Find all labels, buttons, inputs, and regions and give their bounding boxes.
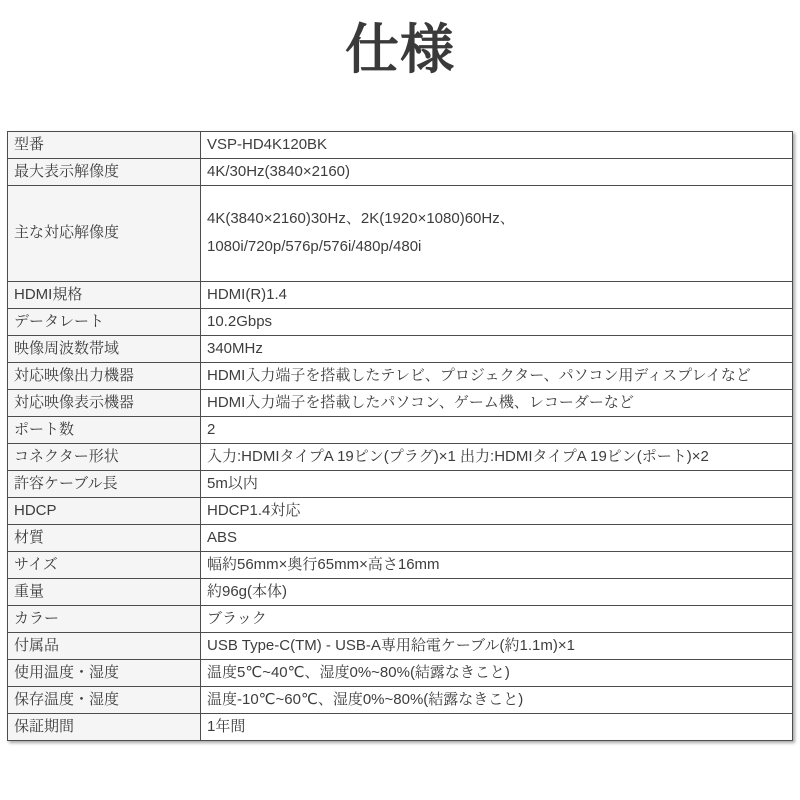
spec-label: 重量 bbox=[8, 578, 201, 605]
spec-row-output-devices: 対応映像出力機器 HDMI入力端子を搭載したテレビ、プロジェクター、パソコン用デ… bbox=[8, 362, 793, 389]
spec-row-data-rate: データレート 10.2Gbps bbox=[8, 308, 793, 335]
spec-row-hdmi-standard: HDMI規格 HDMI(R)1.4 bbox=[8, 281, 793, 308]
spec-label: サイズ bbox=[8, 551, 201, 578]
spec-row-connector-shape: コネクター形状 入力:HDMIタイプA 19ピン(プラグ)×1 出力:HDMIタ… bbox=[8, 443, 793, 470]
spec-row-port-count: ポート数 2 bbox=[8, 416, 793, 443]
spec-label: 型番 bbox=[8, 131, 201, 158]
spec-row-operating-temp-humidity: 使用温度・湿度 温度5℃~40℃、湿度0%~80%(結露なきこと) bbox=[8, 659, 793, 686]
spec-label: HDMI規格 bbox=[8, 281, 201, 308]
spec-label: 付属品 bbox=[8, 632, 201, 659]
spec-value: HDMI(R)1.4 bbox=[201, 281, 793, 308]
spec-label: 対応映像出力機器 bbox=[8, 362, 201, 389]
spec-value: HDCP1.4対応 bbox=[201, 497, 793, 524]
spec-label: カラー bbox=[8, 605, 201, 632]
spec-row-size: サイズ 幅約56mm×奥行65mm×高さ16mm bbox=[8, 551, 793, 578]
page-title: 仕様 bbox=[0, 22, 800, 79]
spec-label: 保証期間 bbox=[8, 713, 201, 740]
spec-value: 340MHz bbox=[201, 335, 793, 362]
spec-row-cable-length: 許容ケーブル長 5m以内 bbox=[8, 470, 793, 497]
spec-row-display-devices: 対応映像表示機器 HDMI入力端子を搭載したパソコン、ゲーム機、レコーダーなど bbox=[8, 389, 793, 416]
spec-label: 最大表示解像度 bbox=[8, 158, 201, 185]
spec-table: 型番 VSP-HD4K120BK 最大表示解像度 4K/30Hz(3840×21… bbox=[7, 131, 793, 741]
spec-value: 4K(3840×2160)30Hz、2K(1920×1080)60Hz、 108… bbox=[201, 185, 793, 281]
spec-row-model: 型番 VSP-HD4K120BK bbox=[8, 131, 793, 158]
spec-row-hdcp: HDCP HDCP1.4対応 bbox=[8, 497, 793, 524]
spec-value: 温度-10℃~60℃、湿度0%~80%(結露なきこと) bbox=[201, 686, 793, 713]
spec-label: 材質 bbox=[8, 524, 201, 551]
spec-value: 1年間 bbox=[201, 713, 793, 740]
spec-value: USB Type-C(TM) - USB-A専用給電ケーブル(約1.1m)×1 bbox=[201, 632, 793, 659]
spec-value: HDMI入力端子を搭載したテレビ、プロジェクター、パソコン用ディスプレイなど bbox=[201, 362, 793, 389]
spec-value: 入力:HDMIタイプA 19ピン(プラグ)×1 出力:HDMIタイプA 19ピン… bbox=[201, 443, 793, 470]
spec-value: 幅約56mm×奥行65mm×高さ16mm bbox=[201, 551, 793, 578]
spec-value: HDMI入力端子を搭載したパソコン、ゲーム機、レコーダーなど bbox=[201, 389, 793, 416]
spec-value: VSP-HD4K120BK bbox=[201, 131, 793, 158]
spec-value: 5m以内 bbox=[201, 470, 793, 497]
spec-label: HDCP bbox=[8, 497, 201, 524]
spec-label: ポート数 bbox=[8, 416, 201, 443]
spec-label: データレート bbox=[8, 308, 201, 335]
spec-value: 約96g(本体) bbox=[201, 578, 793, 605]
spec-value: 2 bbox=[201, 416, 793, 443]
spec-value: 10.2Gbps bbox=[201, 308, 793, 335]
spec-value: 4K/30Hz(3840×2160) bbox=[201, 158, 793, 185]
spec-row-max-resolution: 最大表示解像度 4K/30Hz(3840×2160) bbox=[8, 158, 793, 185]
spec-row-video-bandwidth: 映像周波数帯域 340MHz bbox=[8, 335, 793, 362]
spec-row-color: カラー ブラック bbox=[8, 605, 793, 632]
spec-label: コネクター形状 bbox=[8, 443, 201, 470]
spec-row-warranty: 保証期間 1年間 bbox=[8, 713, 793, 740]
spec-row-accessories: 付属品 USB Type-C(TM) - USB-A専用給電ケーブル(約1.1m… bbox=[8, 632, 793, 659]
spec-label: 許容ケーブル長 bbox=[8, 470, 201, 497]
spec-label: 保存温度・湿度 bbox=[8, 686, 201, 713]
spec-row-weight: 重量 約96g(本体) bbox=[8, 578, 793, 605]
spec-row-storage-temp-humidity: 保存温度・湿度 温度-10℃~60℃、湿度0%~80%(結露なきこと) bbox=[8, 686, 793, 713]
spec-value: ブラック bbox=[201, 605, 793, 632]
spec-label: 主な対応解像度 bbox=[8, 185, 201, 281]
spec-row-material: 材質 ABS bbox=[8, 524, 793, 551]
spec-value: 温度5℃~40℃、湿度0%~80%(結露なきこと) bbox=[201, 659, 793, 686]
spec-value: ABS bbox=[201, 524, 793, 551]
spec-label: 対応映像表示機器 bbox=[8, 389, 201, 416]
spec-label: 映像周波数帯域 bbox=[8, 335, 201, 362]
spec-label: 使用温度・湿度 bbox=[8, 659, 201, 686]
spec-row-supported-resolutions: 主な対応解像度 4K(3840×2160)30Hz、2K(1920×1080)6… bbox=[8, 185, 793, 281]
